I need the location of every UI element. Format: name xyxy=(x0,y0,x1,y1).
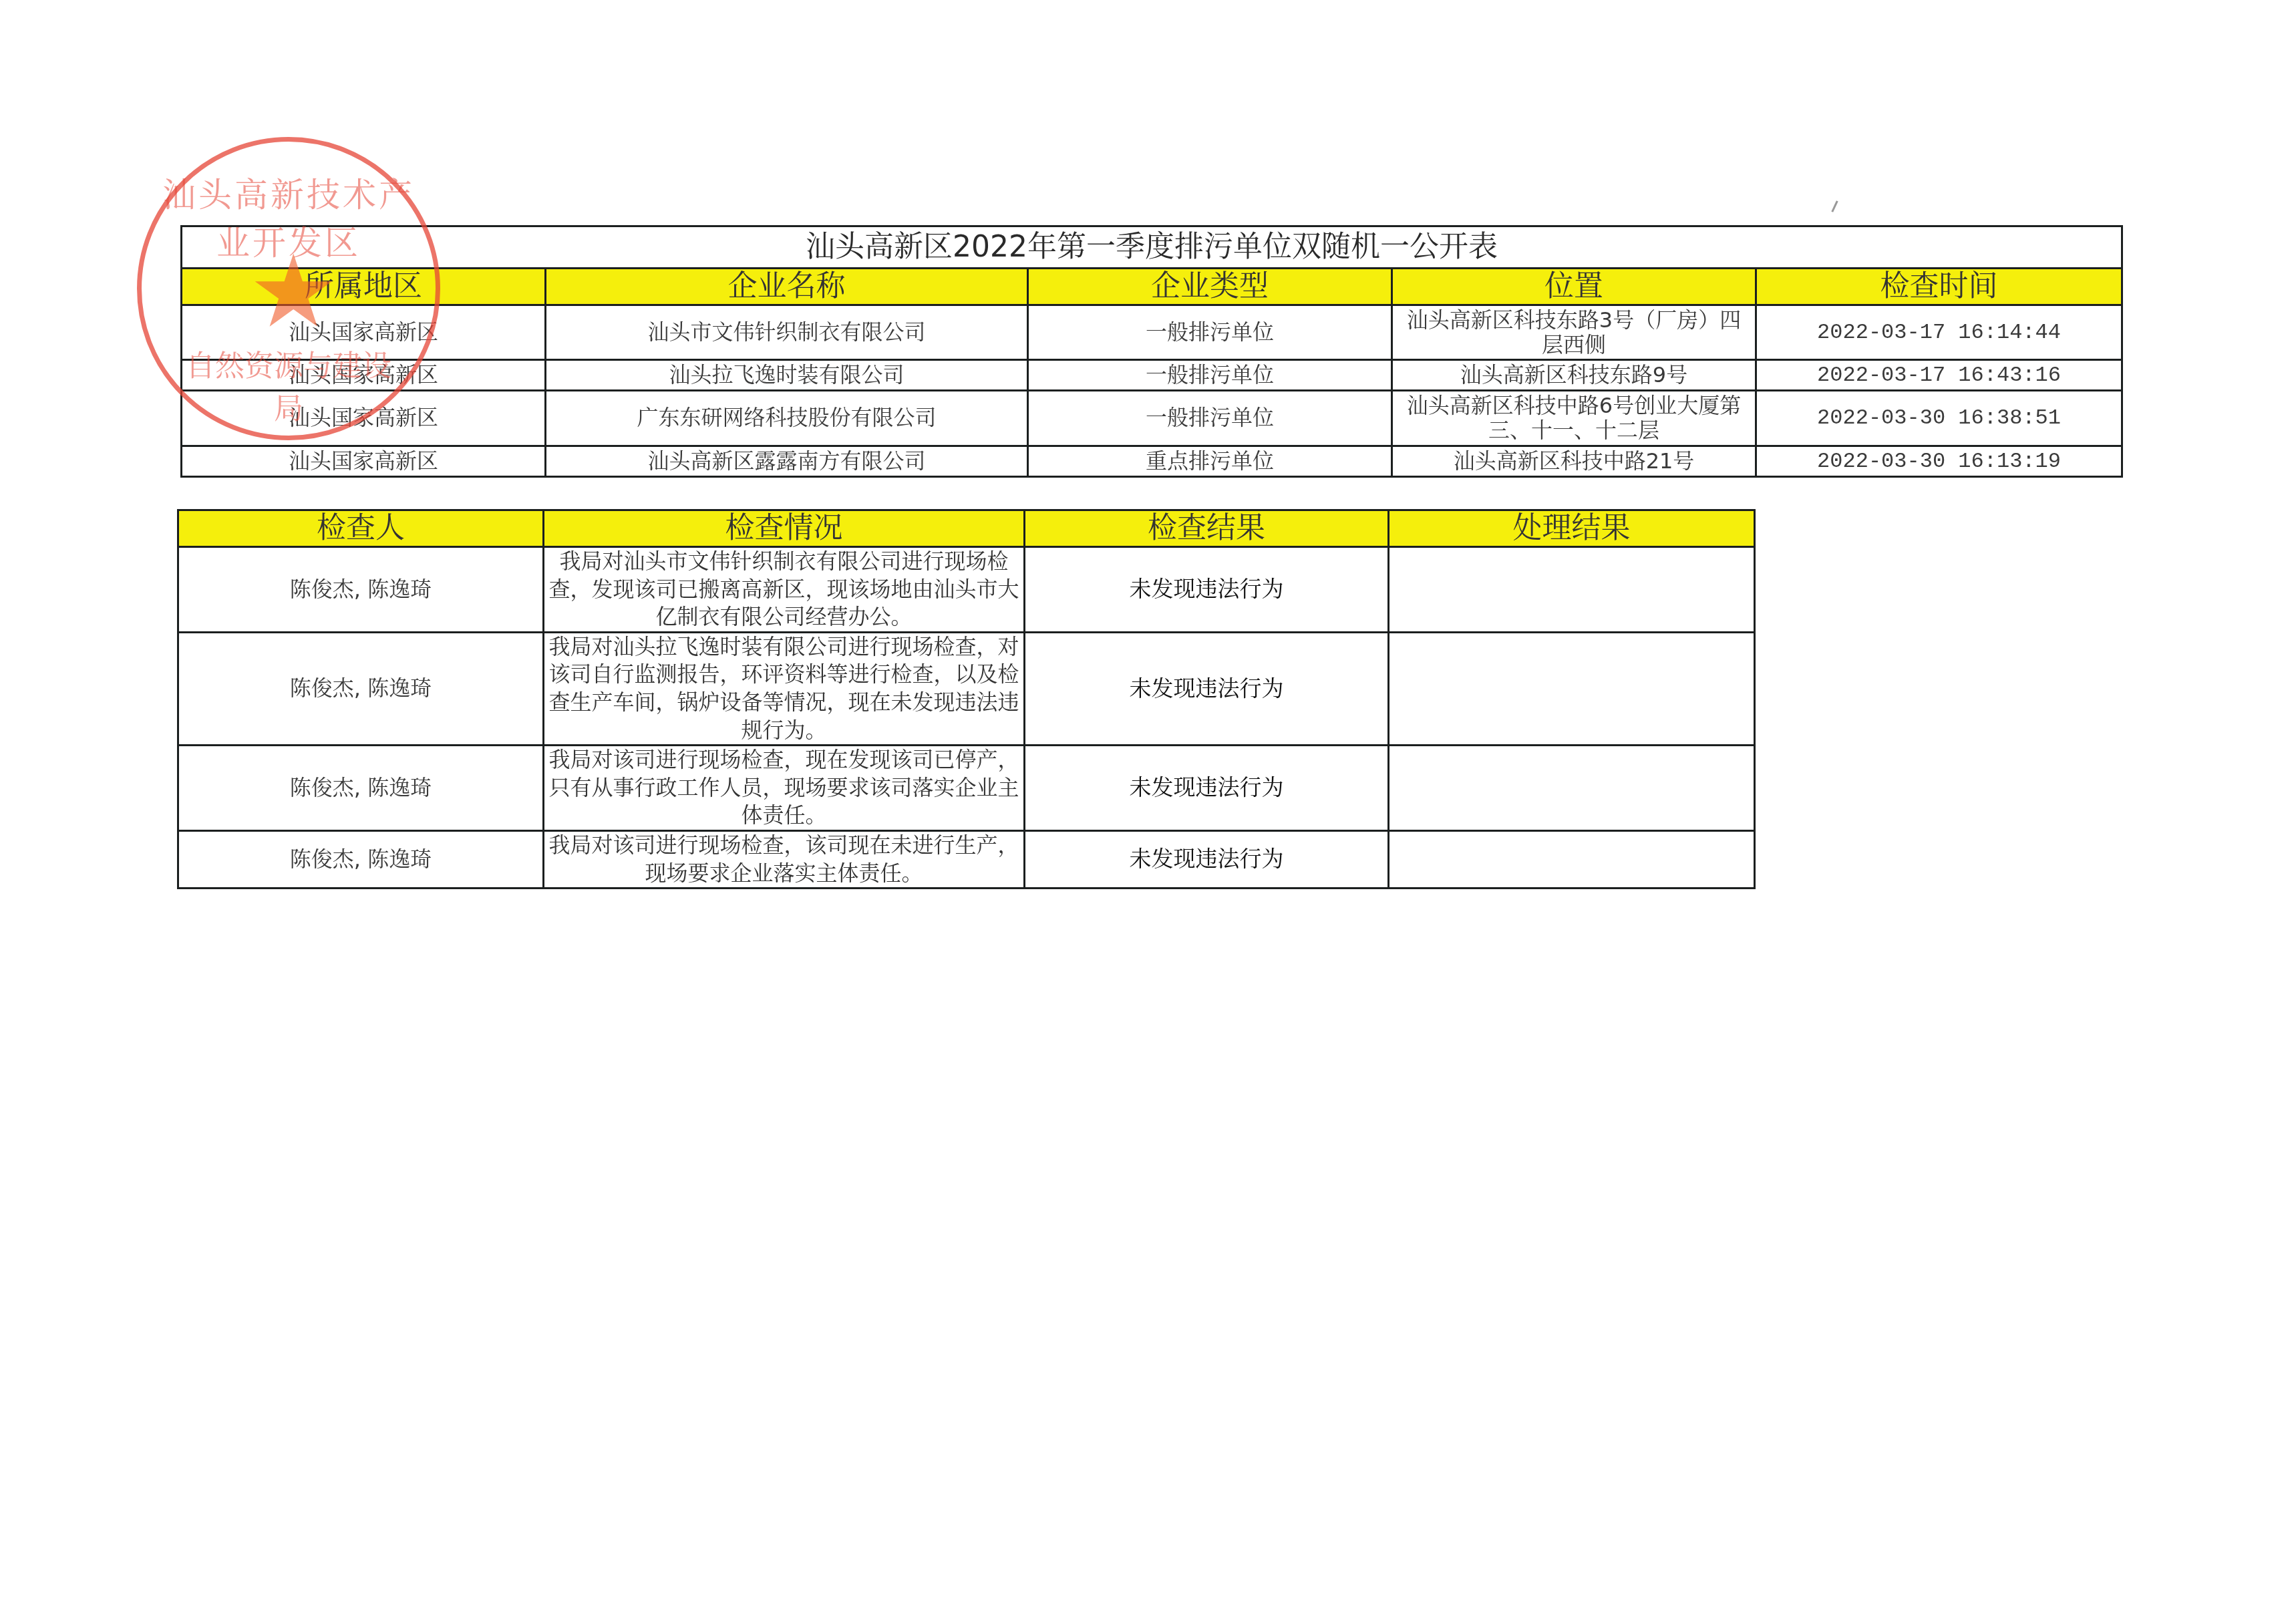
table-row: 陈俊杰, 陈逸琦 我局对该司进行现场检查，该司现在未进行生产，现场要求企业落实主… xyxy=(178,831,1755,889)
handling-cell xyxy=(1389,746,1755,831)
col-header-handling: 处理结果 xyxy=(1389,510,1755,547)
table2-header-row: 检查人 检查情况 检查结果 处理结果 xyxy=(178,510,1755,547)
inspectors-cell: 陈俊杰, 陈逸琦 xyxy=(178,632,544,745)
handling-cell xyxy=(1389,632,1755,745)
result-cell: 未发现违法行为 xyxy=(1025,547,1389,633)
time-cell: 2022-03-17 16:14:44 xyxy=(1756,305,2122,360)
company-cell: 汕头市文伟针织制衣有限公司 xyxy=(546,305,1028,360)
table-row: 汕头国家高新区 汕头市文伟针织制衣有限公司 一般排污单位 汕头高新区科技东路3号… xyxy=(182,305,2122,360)
inspectors-cell: 陈俊杰, 陈逸琦 xyxy=(178,831,544,889)
result-cell: 未发现违法行为 xyxy=(1025,831,1389,889)
time-cell: 2022-03-30 16:38:51 xyxy=(1756,391,2122,446)
details-cell: 我局对该司进行现场检查，现在发现该司已停产，只有从事行政工作人员，现场要求该司落… xyxy=(544,746,1025,831)
region-cell: 汕头国家高新区 xyxy=(182,305,546,360)
region-cell: 汕头国家高新区 xyxy=(182,360,546,391)
location-cell: 汕头高新区科技中路6号创业大厦第三、十一、十二层 xyxy=(1392,391,1756,446)
details-cell: 我局对该司进行现场检查，该司现在未进行生产，现场要求企业落实主体责任。 xyxy=(544,831,1025,889)
col-header-time: 检查时间 xyxy=(1756,269,2122,305)
col-header-details: 检查情况 xyxy=(544,510,1025,547)
col-header-result: 检查结果 xyxy=(1025,510,1389,547)
col-header-type: 企业类型 xyxy=(1028,269,1392,305)
time-cell: 2022-03-30 16:13:19 xyxy=(1756,446,2122,477)
col-header-region: 所属地区 xyxy=(182,269,546,305)
region-cell: 汕头国家高新区 xyxy=(182,391,546,446)
table-row: 汕头国家高新区 汕头拉飞逸时装有限公司 一般排污单位 汕头高新区科技东路9号 2… xyxy=(182,360,2122,391)
inspection-results-table: 检查人 检查情况 检查结果 处理结果 陈俊杰, 陈逸琦 我局对汕头市文伟针织制衣… xyxy=(177,509,1756,889)
company-cell: 汕头拉飞逸时装有限公司 xyxy=(546,360,1028,391)
table1-header-row: 所属地区 企业名称 企业类型 位置 检查时间 xyxy=(182,269,2122,305)
col-header-location: 位置 xyxy=(1392,269,1756,305)
type-cell: 重点排污单位 xyxy=(1028,446,1392,477)
time-cell: 2022-03-17 16:43:16 xyxy=(1756,360,2122,391)
inspection-table-main: 汕头高新区2022年第一季度排污单位双随机一公开表 所属地区 企业名称 企业类型… xyxy=(180,225,2123,478)
table-row: 汕头国家高新区 汕头高新区露露南方有限公司 重点排污单位 汕头高新区科技中路21… xyxy=(182,446,2122,477)
location-cell: 汕头高新区科技东路9号 xyxy=(1392,360,1756,391)
result-cell: 未发现违法行为 xyxy=(1025,746,1389,831)
result-cell: 未发现违法行为 xyxy=(1025,632,1389,745)
location-cell: 汕头高新区科技东路3号（厂房）四层西侧 xyxy=(1392,305,1756,360)
inspectors-cell: 陈俊杰, 陈逸琦 xyxy=(178,547,544,633)
table-row: 陈俊杰, 陈逸琦 我局对该司进行现场检查，现在发现该司已停产，只有从事行政工作人… xyxy=(178,746,1755,831)
scan-mark xyxy=(1831,200,1838,212)
details-cell: 我局对汕头拉飞逸时装有限公司进行现场检查，对该司自行监测报告，环评资料等进行检查… xyxy=(544,632,1025,745)
location-cell: 汕头高新区科技中路21号 xyxy=(1392,446,1756,477)
company-cell: 广东东研网络科技股份有限公司 xyxy=(546,391,1028,446)
col-header-inspectors: 检查人 xyxy=(178,510,544,547)
type-cell: 一般排污单位 xyxy=(1028,360,1392,391)
type-cell: 一般排污单位 xyxy=(1028,305,1392,360)
table-row: 陈俊杰, 陈逸琦 我局对汕头市文伟针织制衣有限公司进行现场检查，发现该司已搬离高… xyxy=(178,547,1755,633)
col-header-company: 企业名称 xyxy=(546,269,1028,305)
document-title: 汕头高新区2022年第一季度排污单位双随机一公开表 xyxy=(182,226,2122,269)
handling-cell xyxy=(1389,547,1755,633)
details-cell: 我局对汕头市文伟针织制衣有限公司进行现场检查，发现该司已搬离高新区，现该场地由汕… xyxy=(544,547,1025,633)
type-cell: 一般排污单位 xyxy=(1028,391,1392,446)
company-cell: 汕头高新区露露南方有限公司 xyxy=(546,446,1028,477)
inspectors-cell: 陈俊杰, 陈逸琦 xyxy=(178,746,544,831)
region-cell: 汕头国家高新区 xyxy=(182,446,546,477)
table-row: 汕头国家高新区 广东东研网络科技股份有限公司 一般排污单位 汕头高新区科技中路6… xyxy=(182,391,2122,446)
table-row: 陈俊杰, 陈逸琦 我局对汕头拉飞逸时装有限公司进行现场检查，对该司自行监测报告，… xyxy=(178,632,1755,745)
handling-cell xyxy=(1389,831,1755,889)
